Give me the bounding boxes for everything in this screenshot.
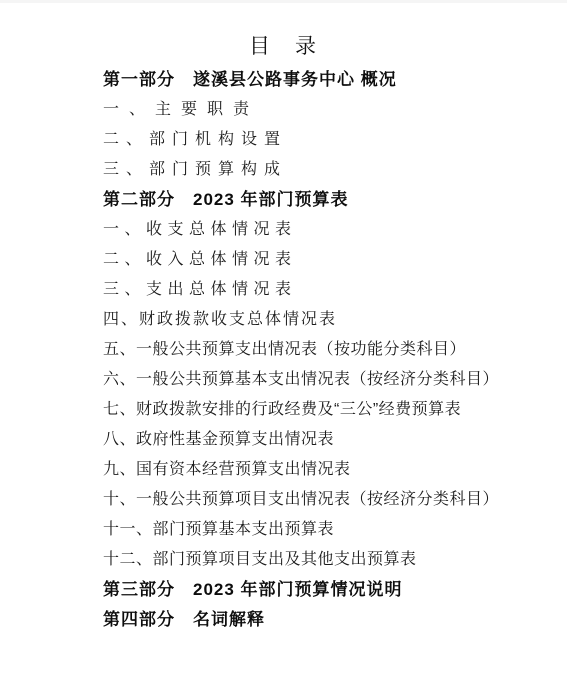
toc-section-heading: 第三部分 2023 年部门预算情况说明 [103,575,567,605]
toc-section-heading: 第一部分 遂溪县公路事务中心 概况 [103,65,567,95]
toc-entry: 五、一般公共预算支出情况表（按功能分类科目） [103,335,567,365]
table-of-contents: 第一部分 遂溪县公路事务中心 概况 一、主要职责 二、部门机构设置 三、部门预算… [0,65,567,635]
toc-section-heading: 第四部分 名词解释 [103,605,567,635]
toc-entry: 一、收支总体情况表 [103,215,567,245]
toc-section-heading: 第二部分 2023 年部门预算表 [103,185,567,215]
toc-entry: 三、支出总体情况表 [103,275,567,305]
toc-entry: 一、主要职责 [103,95,567,125]
toc-entry: 八、政府性基金预算支出情况表 [103,425,567,455]
toc-entry: 九、国有资本经营预算支出情况表 [103,455,567,485]
toc-entry: 十一、部门预算基本支出预算表 [103,515,567,545]
toc-entry: 四、财政拨款收支总体情况表 [103,305,567,335]
toc-entry: 十二、部门预算项目支出及其他支出预算表 [103,545,567,575]
toc-entry: 二、收入总体情况表 [103,245,567,275]
page-top-edge [0,0,567,3]
toc-entry: 七、财政拨款安排的行政经费及“三公”经费预算表 [103,395,567,425]
toc-entry: 二、部门机构设置 [103,125,567,155]
toc-entry: 十、一般公共预算项目支出情况表（按经济分类科目） [103,485,567,515]
document-page: 目 录 第一部分 遂溪县公路事务中心 概况 一、主要职责 二、部门机构设置 三、… [0,0,567,690]
toc-entry: 六、一般公共预算基本支出情况表（按经济分类科目） [103,365,567,395]
page-title: 目 录 [0,0,567,56]
toc-entry: 三、部门预算构成 [103,155,567,185]
